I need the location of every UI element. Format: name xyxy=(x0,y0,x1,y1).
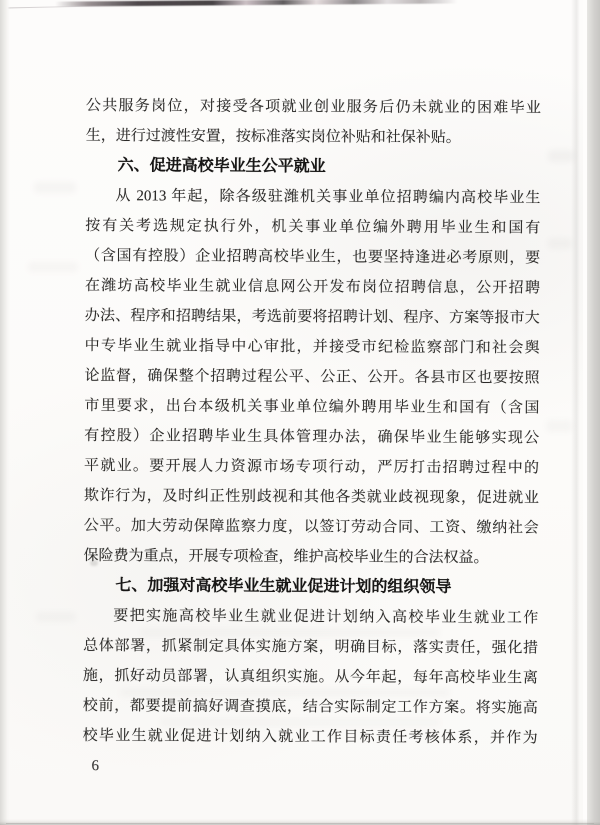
text-line: 市里要求，出台本级机关事业单位编外聘用毕业生和国有（含国 xyxy=(84,391,539,423)
text-line: 施，抓好动员部署，认真组织实施。从今年起，每年高校毕业生离 xyxy=(83,661,538,693)
bleed-through-mark xyxy=(34,182,76,193)
scan-artifact-top-edge xyxy=(55,0,470,7)
text-line: 公平。加大劳动保障监察力度，以签订劳动合同、工资、缴纳社会 xyxy=(84,511,539,543)
page-edge-bottom-line xyxy=(6,823,594,824)
text-line: 保险费为重点，开展专项检查，维护高校毕业生的合法权益。 xyxy=(83,541,538,573)
scan-crease-right xyxy=(571,0,580,825)
text-line: 生，进行过渡性安置，按标准落实岗位补贴和社保补贴。 xyxy=(86,121,541,153)
text-line: 从 2013 年起，除各级驻潍机关事业单位招聘编内高校毕业生 xyxy=(85,181,540,213)
bleed-through-mark xyxy=(36,612,76,622)
text-line: 总体部署，抓紧制定具体实施方案，明确目标，落实责任，强化措 xyxy=(83,631,538,663)
text-line: 办法、程序和招聘结果，考选前要将招聘计划、程序、方案等报市大 xyxy=(85,301,540,333)
text-line: 公共服务岗位，对接受各项就业创业服务后仍未就业的困难毕业 xyxy=(86,91,541,123)
page-edge-right-gap xyxy=(583,0,587,825)
bleed-through-mark xyxy=(546,420,572,432)
text-line: 平就业。要开展人力资源市场专项行动，严厉打击招聘过程中的 xyxy=(84,451,539,483)
scanned-document-page: 公共服务岗位，对接受各项就业创业服务后仍未就业的困难毕业 生，进行过渡性安置，按… xyxy=(0,0,600,825)
text-line: 校毕业生就业促进计划纳入就业工作目标责任考核体系，并作为 xyxy=(83,721,538,753)
page-edge-left xyxy=(0,0,10,825)
section-heading-six: 六、促进高校毕业生公平就业 xyxy=(86,151,541,183)
page-number: 6 xyxy=(82,752,537,782)
text-line: 按有关考选规定执行外，机关事业单位编外聘用毕业生和国有 xyxy=(85,211,540,243)
bleed-through-mark xyxy=(28,262,78,272)
text-line: 中专毕业生就业指导中心审批，并接受市纪检监察部门和社会舆 xyxy=(85,331,540,363)
text-line: 校前，都要提前搞好调查摸底，结合实际制定工作方案。将实施高 xyxy=(83,691,538,723)
page-edge-bottom xyxy=(0,819,600,825)
text-line: 有控股）企业招聘毕业生具体管理办法，确保毕业生能够实现公 xyxy=(84,421,539,453)
text-line: 论监督，确保整个招聘过程公平、公正、公开。各县市区也要按照 xyxy=(84,361,539,393)
text-line: 在潍坊高校毕业生就业信息网公开发布岗位招聘信息，公开招聘 xyxy=(85,271,540,303)
text-line: （含国有控股）企业招聘高校毕业生，也要坚持逢进必考原则，要 xyxy=(85,241,540,273)
text-line: 要把实施高校毕业生就业促进计划纳入高校毕业生就业工作 xyxy=(83,601,538,633)
bleed-through-mark xyxy=(548,150,574,162)
page-edge-right xyxy=(587,0,600,825)
bleed-through-mark xyxy=(548,238,572,249)
document-text: 公共服务岗位，对接受各项就业创业服务后仍未就业的困难毕业 生，进行过渡性安置，按… xyxy=(82,91,541,782)
scan-artifact-top-hairline xyxy=(0,4,150,8)
text-line: 欺诈行为，及时纠正性别歧视和其他各类就业歧视现象，促进就业 xyxy=(84,481,539,513)
section-heading-seven: 七、加强对高校毕业生就业促进计划的组织领导 xyxy=(83,571,538,603)
